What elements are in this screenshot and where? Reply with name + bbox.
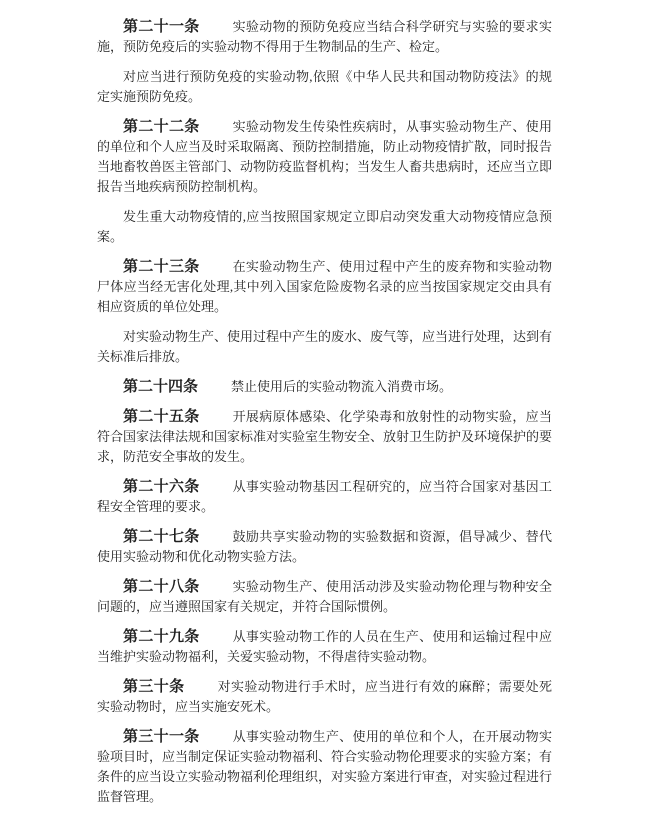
article-paragraph: 第二十六条从事实验动物基因工程研究的，应当符合国家对基因工程安全管理的要求。 bbox=[97, 477, 552, 517]
article-number: 第二十八条 bbox=[123, 579, 200, 595]
document-page: 第二十一条实验动物的预防免疫应当结合科学研究与实验的要求实施，预防免疫后的实验动… bbox=[0, 0, 649, 821]
article-paragraph: 第二十一条实验动物的预防免疫应当结合科学研究与实验的要求实施，预防免疫后的实验动… bbox=[97, 17, 552, 57]
article-paragraph: 第二十九条从事实验动物工作的人员在生产、使用和运输过程中应当维护实验动物福利，关… bbox=[97, 627, 552, 667]
article-text: 对应当进行预防免疫的实验动物,依照《中华人民共和国动物防疫法》的规定实施预防免疫… bbox=[97, 69, 552, 104]
article-paragraph: 对应当进行预防免疫的实验动物,依照《中华人民共和国动物防疫法》的规定实施预防免疫… bbox=[97, 67, 552, 107]
article-text: 发生重大动物疫情的,应当按照国家规定立即启动突发重大动物疫情应急预案。 bbox=[97, 209, 552, 244]
article-number: 第二十九条 bbox=[123, 629, 200, 645]
article-text: 对实验动物生产、使用过程中产生的废水、废气等，应当进行处理，达到有关标准后排放。 bbox=[97, 329, 552, 364]
article-paragraph: 第二十三条在实验动物生产、使用过程中产生的废弃物和实验动物尸体应当经无害化处理,… bbox=[97, 257, 552, 317]
article-number: 第二十五条 bbox=[123, 409, 200, 425]
article-paragraph: 发生重大动物疫情的,应当按照国家规定立即启动突发重大动物疫情应急预案。 bbox=[97, 207, 552, 247]
article-number: 第三十条 bbox=[123, 679, 185, 695]
article-paragraph: 第二十五条开展病原体感染、化学染毒和放射性的动物实验，应当符合国家法律法规和国家… bbox=[97, 407, 552, 467]
article-number: 第三十一条 bbox=[123, 729, 200, 745]
article-number: 第二十三条 bbox=[123, 259, 200, 275]
article-number: 第二十六条 bbox=[123, 479, 200, 495]
article-paragraph: 第二十四条禁止使用后的实验动物流入消费市场。 bbox=[97, 377, 552, 397]
article-text: 禁止使用后的实验动物流入消费市场。 bbox=[231, 379, 452, 394]
article-number: 第二十四条 bbox=[123, 379, 198, 395]
article-paragraph: 第三十条对实验动物进行手术时，应当进行有效的麻醉；需要处死实验动物时，应当实施安… bbox=[97, 677, 552, 717]
article-paragraph: 第二十八条实验动物生产、使用活动涉及实验动物伦理与物种安全问题的，应当遵照国家有… bbox=[97, 577, 552, 617]
article-number: 第二十一条 bbox=[123, 19, 200, 35]
article-number: 第二十七条 bbox=[123, 529, 200, 545]
article-paragraph: 对实验动物生产、使用过程中产生的废水、废气等，应当进行处理，达到有关标准后排放。 bbox=[97, 327, 552, 367]
article-paragraph: 第二十二条实验动物发生传染性疾病时，从事实验动物生产、使用的单位和个人应当及时采… bbox=[97, 117, 552, 197]
article-paragraph: 第三十一条从事实验动物生产、使用的单位和个人，在开展动物实验项目时，应当制定保证… bbox=[97, 727, 552, 807]
article-paragraph: 第二十七条鼓励共享实验动物的实验数据和资源，倡导减少、替代使用实验动物和优化动物… bbox=[97, 527, 552, 567]
article-number: 第二十二条 bbox=[123, 119, 200, 135]
